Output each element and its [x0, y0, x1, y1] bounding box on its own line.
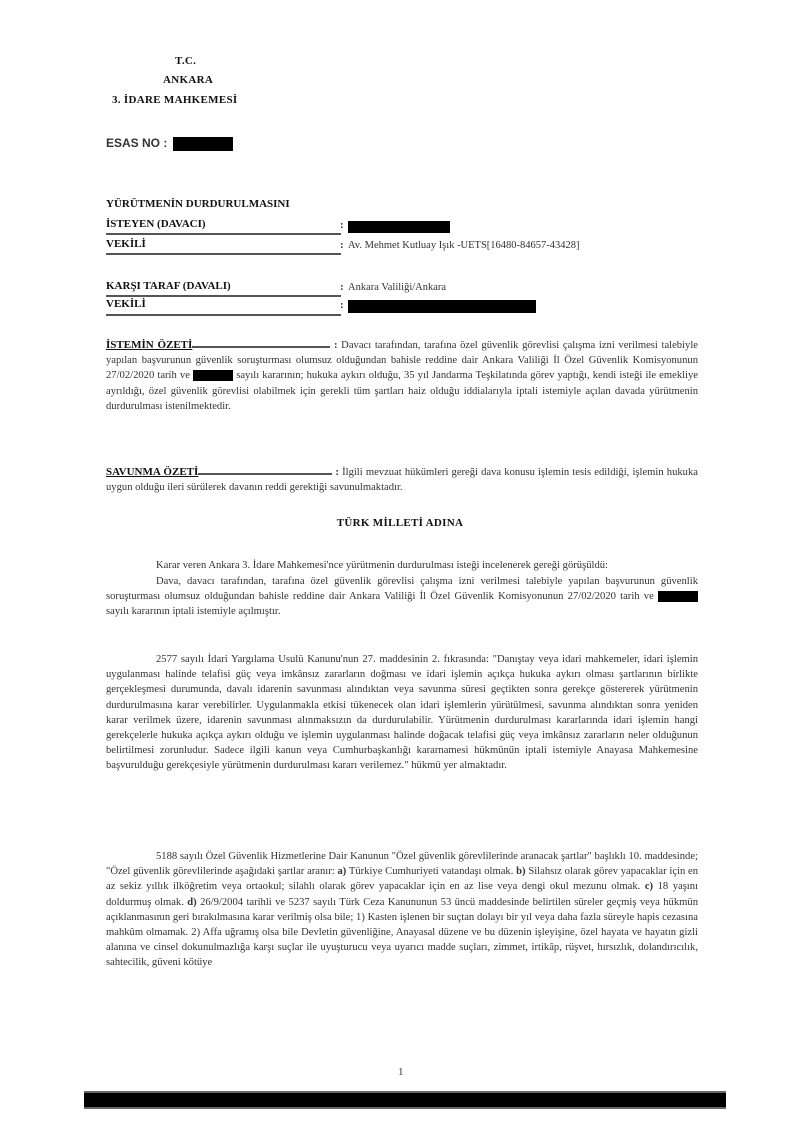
underline — [106, 253, 341, 255]
underline — [106, 295, 341, 297]
redaction-box — [348, 221, 450, 233]
body-text: Karar veren Ankara 3. İdare Mahkemesi'nc… — [156, 560, 608, 571]
body-text: Türkiye Cumhuriyeti vatandaşı olmak. — [349, 866, 514, 877]
body-paragraph-2: Dava, davacı tarafından, tarafına özel g… — [106, 574, 698, 620]
colon: : — [340, 299, 344, 311]
list-marker: c) — [645, 881, 653, 892]
defense-summary-label: SAVUNMA ÖZETİ — [106, 466, 198, 478]
body-paragraph-1: Karar veren Ankara 3. İdare Mahkemesi'nc… — [106, 558, 698, 573]
underline — [106, 314, 341, 316]
body-text: 2577 sayılı İdari Yargılama Usulü Kanunu… — [106, 654, 698, 771]
defense-summary: SAVUNMA ÖZETİ : İlgili mevzuat hükümleri… — [106, 465, 698, 495]
body-text: sayılı kararının iptali istemiyle açılmı… — [106, 606, 280, 617]
request-summary-label: İSTEMİN ÖZETİ — [106, 339, 192, 351]
plaintiff-value — [348, 221, 450, 233]
header-court: 3. İDARE MAHKEMESİ — [112, 94, 238, 106]
case-number: ESAS NO : — [106, 136, 233, 151]
body-paragraph-4: 5188 sayılı Özel Güvenlik Hizmetlerine D… — [106, 849, 698, 971]
defendant-value: Ankara Valiliği/Ankara — [348, 282, 446, 293]
colon: : — [340, 219, 344, 231]
header-city: ANKARA — [163, 74, 213, 86]
underline — [106, 233, 341, 235]
body-text: Dava, davacı tarafından, tarafına özel g… — [106, 576, 698, 602]
case-number-label: ESAS NO : — [106, 136, 167, 150]
list-marker: d) — [187, 897, 196, 908]
header-tc: T.C. — [175, 55, 196, 67]
redaction-box — [348, 300, 536, 313]
plaintiff-attorney-label: VEKİLİ — [106, 238, 146, 250]
page-number: 1 — [398, 1066, 404, 1078]
decision-title: TÜRK MİLLETİ ADINA — [0, 517, 800, 529]
list-marker: b) — [516, 866, 525, 877]
underline — [192, 346, 330, 348]
defendant-attorney-value — [348, 300, 536, 313]
list-marker: a) — [337, 866, 346, 877]
defendant-label: KARŞI TARAF (DAVALI) — [106, 280, 231, 292]
body-paragraph-3: 2577 sayılı İdari Yargılama Usulü Kanunu… — [106, 652, 698, 774]
colon: : — [340, 281, 344, 293]
colon: : — [334, 340, 338, 351]
defendant-attorney-label: VEKİLİ — [106, 298, 146, 310]
colon: : — [335, 467, 339, 478]
redaction-box — [193, 370, 233, 381]
request-summary: İSTEMİN ÖZETİ : Davacı tarafından, taraf… — [106, 338, 698, 414]
redaction-box — [658, 591, 698, 602]
document-page: T.C. ANKARA 3. İDARE MAHKEMESİ ESAS NO :… — [0, 0, 800, 1133]
underline — [198, 473, 332, 475]
plaintiff-label-line2: İSTEYEN (DAVACI) — [106, 218, 206, 230]
footer-bar — [84, 1091, 726, 1109]
plaintiff-attorney-value: Av. Mehmet Kutluay Işık -UETS[16480-8465… — [348, 240, 580, 251]
colon: : — [340, 239, 344, 251]
plaintiff-label-line1: YÜRÜTMENİN DURDURULMASINI — [106, 198, 290, 210]
redaction-box — [173, 137, 233, 151]
